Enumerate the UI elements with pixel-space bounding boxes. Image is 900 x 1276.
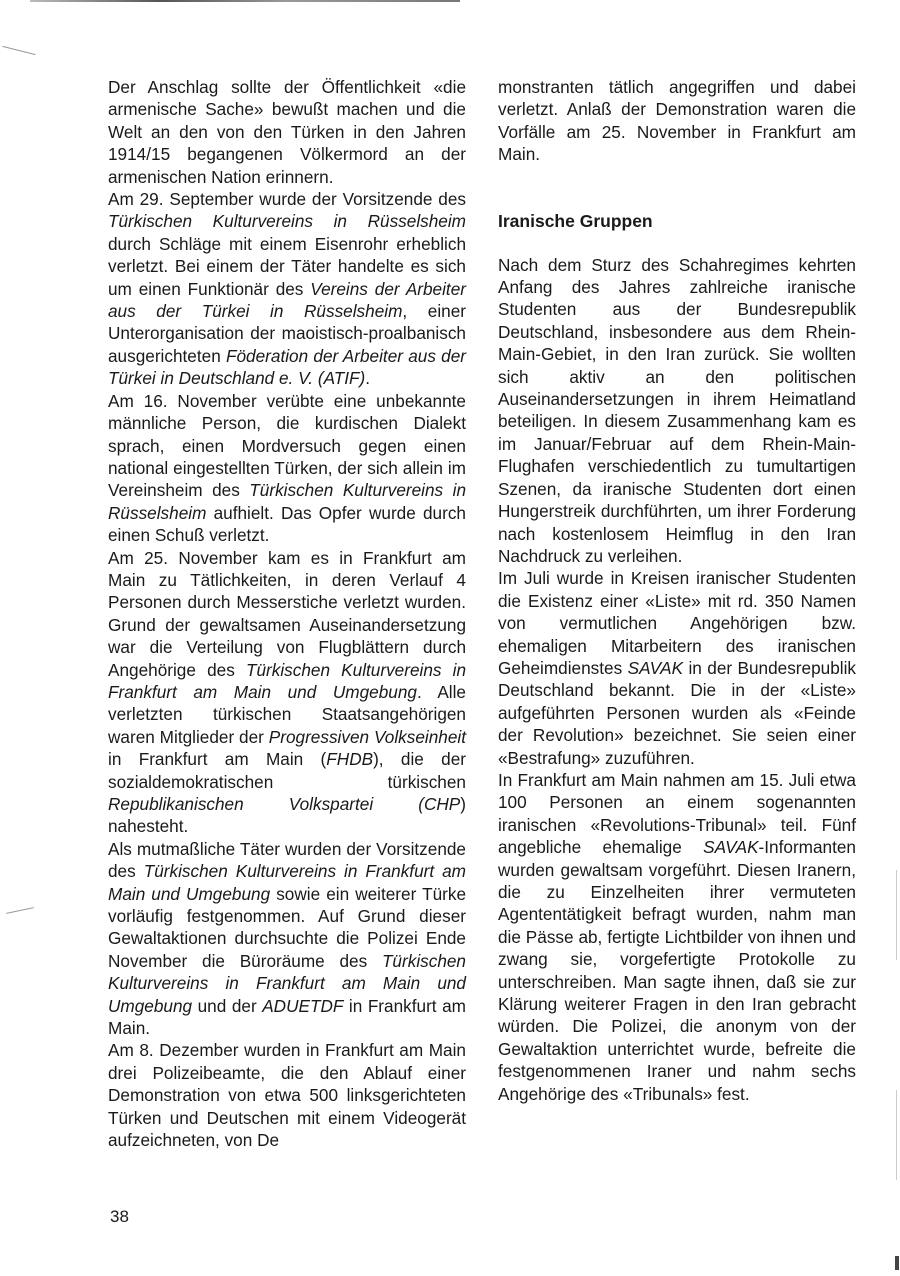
text-run: Am 8. Dezember wurden in Frankfurt am Ma…	[108, 1040, 466, 1150]
paragraph: In Frankfurt am Main nahmen am 15. Juli …	[498, 769, 856, 1105]
text-run: und der	[192, 996, 262, 1016]
paragraph: Der Anschlag sollte der Öffentlichkeit «…	[108, 76, 466, 188]
page-number: 38	[110, 1207, 129, 1227]
text-run: monstranten tätlich angegriffen und dabe…	[498, 77, 856, 164]
right-column-continuation: monstranten tätlich angegriffen und dabe…	[498, 76, 856, 166]
right-column-body: Nach dem Sturz des Schahregimes kehr­ten…	[498, 254, 856, 1105]
paragraph: monstranten tätlich angegriffen und dabe…	[498, 76, 856, 166]
left-column: Der Anschlag sollte der Öffentlichkeit «…	[108, 76, 466, 1152]
text-run: Der Anschlag sollte der Öffentlichkeit «…	[108, 77, 466, 187]
italic-name: SAVAK	[628, 658, 683, 678]
text-run: -Infor­manten wurden gewaltsam vorgeführ…	[498, 837, 856, 1103]
paragraph: Am 8. Dezember wurden in Frankfurt am Ma…	[108, 1039, 466, 1151]
paragraph: Am 29. September wurde der Vorsitzende d…	[108, 188, 466, 390]
text-run: .	[365, 368, 370, 388]
scan-marker	[895, 1256, 899, 1270]
italic-name: ADUETDF	[262, 996, 343, 1016]
text-run: Am 29. September wurde der Vorsitzende d…	[108, 189, 466, 209]
italic-name: Progressiven Volkseinheit	[269, 727, 466, 747]
text-run: Nach dem Sturz des Schahregimes kehr­ten…	[498, 255, 856, 566]
section-heading: Iranische Gruppen	[498, 210, 856, 232]
paragraph: Nach dem Sturz des Schahregimes kehr­ten…	[498, 254, 856, 568]
paragraph: Im Juli wurde in Kreisen iranischer Stu­…	[498, 567, 856, 769]
paragraph: Am 25. November kam es in Frankfurt am M…	[108, 547, 466, 838]
italic-name: SAVAK	[703, 837, 758, 857]
text-run: in Frankfurt am Main (	[108, 749, 326, 769]
scan-artifact	[2, 46, 35, 55]
right-column: monstranten tätlich angegriffen und dabe…	[498, 76, 856, 1105]
paragraph: Als mutmaßliche Täter wurden der Vorsit­…	[108, 838, 466, 1040]
scan-artifact	[6, 907, 34, 914]
scan-artifact	[896, 1090, 897, 1180]
scan-artifact	[896, 870, 897, 960]
paragraph: Am 16. November verübte eine unbe­kannte…	[108, 390, 466, 547]
italic-name: Republikanischen Volkspartei (CHP	[108, 794, 460, 814]
scan-edge-line	[30, 0, 460, 2]
italic-name: Türkischen Kulturvereins in Rüssels­heim	[108, 211, 466, 231]
italic-name: FHDB	[326, 749, 373, 769]
